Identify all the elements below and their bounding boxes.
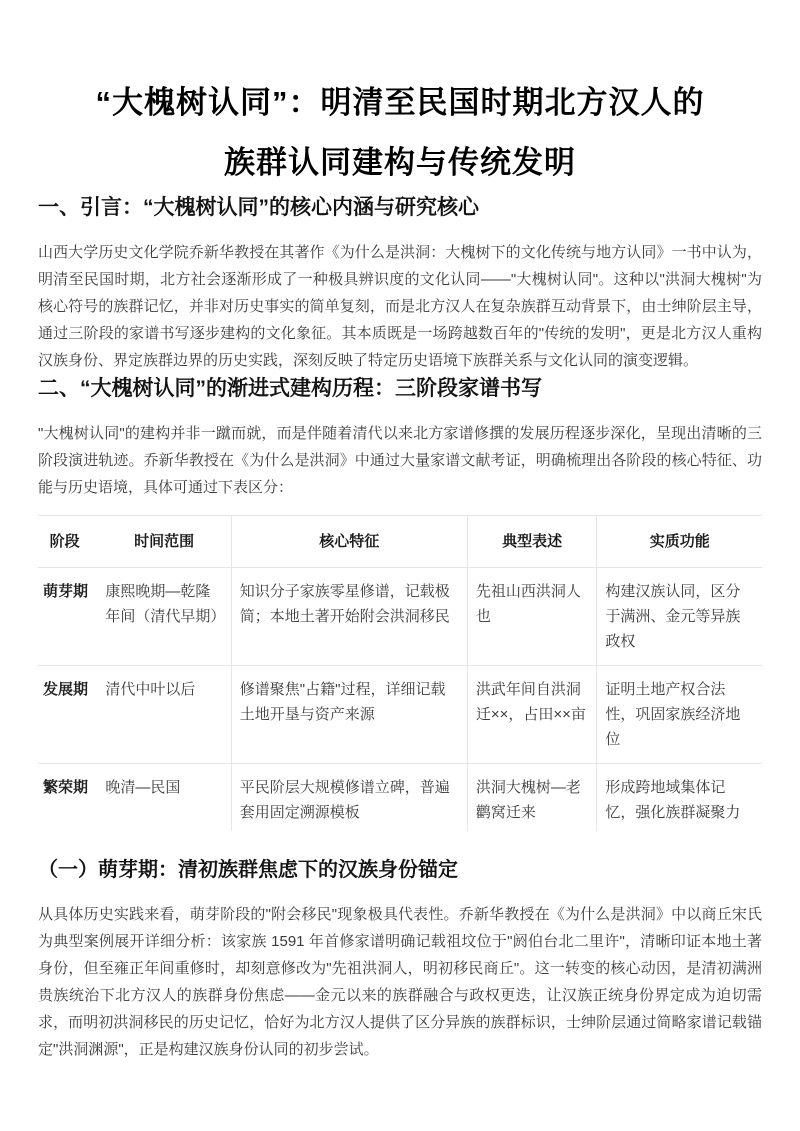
section-intro-heading: 一、引言：“大槐树认同”的核心内涵与研究核心 bbox=[38, 193, 762, 223]
column-header-time-range: 时间范围 bbox=[97, 516, 231, 568]
core-feature-cell: 平民阶层大规模修谱立碑，普遍套用固定溯源模板 bbox=[231, 764, 467, 832]
core-feature-cell: 知识分子家族零星修谱，记载极简；本地土著开始附会洪洞移民 bbox=[231, 568, 467, 666]
page-container: “大槐树认同”：明清至民国时期北方汉人的 族群认同建构与传统发明 一、引言：“大… bbox=[0, 0, 800, 1063]
function-cell: 构建汉族认同，区分于满洲、金元等异族政权 bbox=[597, 568, 762, 666]
section-process-heading: 二、“大槐树认同”的渐进式建构历程：三阶段家谱书写 bbox=[38, 374, 762, 404]
time-range-cell: 晚清—民国 bbox=[97, 764, 231, 832]
core-feature-cell: 修谱聚焦"占籍"过程，详细记载土地开垦与资产来源 bbox=[231, 666, 467, 764]
typical-expression-cell: 洪武年间自洪洞迁××，占田××亩 bbox=[467, 666, 597, 764]
function-cell: 证明土地产权合法性，巩固家族经济地位 bbox=[597, 666, 762, 764]
title-line-1: “大槐树认同”：明清至民国时期北方汉人的 bbox=[38, 73, 762, 133]
column-header-stage: 阶段 bbox=[38, 516, 97, 568]
stage-cell: 发展期 bbox=[38, 666, 97, 764]
function-cell: 形成跨地域集体记忆，强化族群凝聚力 bbox=[597, 764, 762, 832]
table-row: 萌芽期 康熙晚期—乾隆年间（清代早期） 知识分子家族零星修谱，记载极简；本地土著… bbox=[38, 568, 762, 666]
column-header-core-feature: 核心特征 bbox=[231, 516, 467, 568]
time-range-cell: 清代中叶以后 bbox=[97, 666, 231, 764]
stage-cell: 繁荣期 bbox=[38, 764, 97, 832]
typical-expression-cell: 洪洞大槐树—老鹳窝迁来 bbox=[467, 764, 597, 832]
column-header-function: 实质功能 bbox=[597, 516, 762, 568]
table-row: 发展期 清代中叶以后 修谱聚焦"占籍"过程，详细记载土地开垦与资产来源 洪武年间… bbox=[38, 666, 762, 764]
title-line-2: 族群认同建构与传统发明 bbox=[38, 133, 762, 193]
typical-expression-cell: 先祖山西洪洞人也 bbox=[467, 568, 597, 666]
phases-table: 阶段 时间范围 核心特征 典型表述 实质功能 萌芽期 康熙晚期—乾隆年间（清代早… bbox=[38, 515, 762, 831]
time-range-cell: 康熙晚期—乾隆年间（清代早期） bbox=[97, 568, 231, 666]
section-intro-paragraph: 山西大学历史文化学院乔新华教授在其著作《为什么是洪洞：大槐树下的文化传统与地方认… bbox=[38, 239, 762, 374]
stage-cell: 萌芽期 bbox=[38, 568, 97, 666]
table-header-row: 阶段 时间范围 核心特征 典型表述 实质功能 bbox=[38, 516, 762, 568]
subsection-germination-paragraph: 从具体历史实践来看，萌芽阶段的"附会移民"现象极具代表性。乔新华教授在《为什么是… bbox=[38, 901, 762, 1063]
subsection-germination-heading: （一）萌芽期：清初族群焦虑下的汉族身份锚定 bbox=[38, 855, 762, 885]
section-process-paragraph: "大槐树认同"的建构并非一蹴而就，而是伴随着清代以来北方家谱修撰的发展历程逐步深… bbox=[38, 420, 762, 501]
column-header-typical-expression: 典型表述 bbox=[467, 516, 597, 568]
document-title: “大槐树认同”：明清至民国时期北方汉人的 族群认同建构与传统发明 bbox=[38, 0, 762, 193]
table-row: 繁荣期 晚清—民国 平民阶层大规模修谱立碑，普遍套用固定溯源模板 洪洞大槐树—老… bbox=[38, 764, 762, 832]
